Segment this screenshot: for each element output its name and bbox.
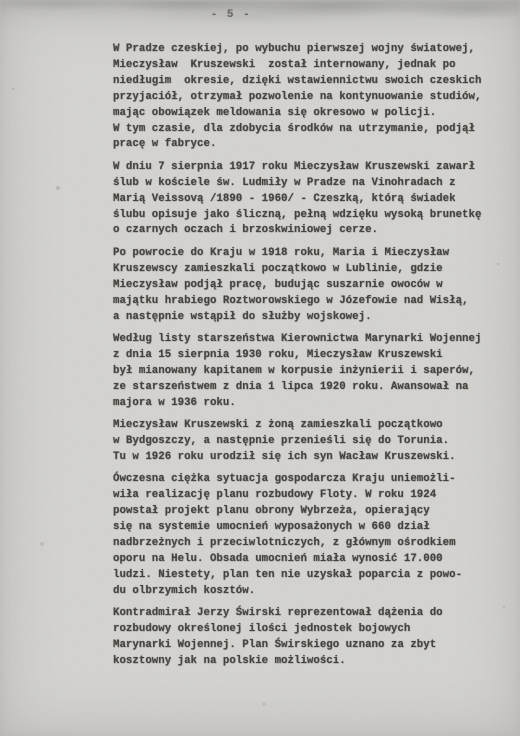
paragraph-prague-internment: W Pradze czeskiej, po wybuchu pierwszej … [113, 42, 498, 153]
document-text-block: W Pradze czeskiej, po wybuchu pierwszej … [113, 42, 498, 676]
paragraph-admiral-swirski: Kontradmirał Jerzy Świrski reprezentował… [113, 606, 498, 670]
paragraph-coastal-defence-plan: Ówczesna ciężka sytuacja gospodarcza Kra… [113, 472, 498, 599]
scanned-document-page: - 5 - W Pradze czeskiej, po wybuchu pier… [0, 0, 520, 736]
paragraph-return-1918: Po powrocie do Kraju w 1918 roku, Maria … [113, 246, 498, 326]
scan-specks [0, 0, 2, 2]
paragraph-wedding-1917: W dniu 7 sierpnia 1917 roku Mieczysław K… [113, 160, 498, 240]
paragraph-navy-seniority-list: Według listy starszeństwa Kierownictwa M… [113, 332, 498, 412]
page-number: - 5 - [0, 9, 462, 21]
paragraph-bydgoszcz-torun: Mieczysław Kruszewski z żoną zamieszkali… [113, 418, 498, 466]
